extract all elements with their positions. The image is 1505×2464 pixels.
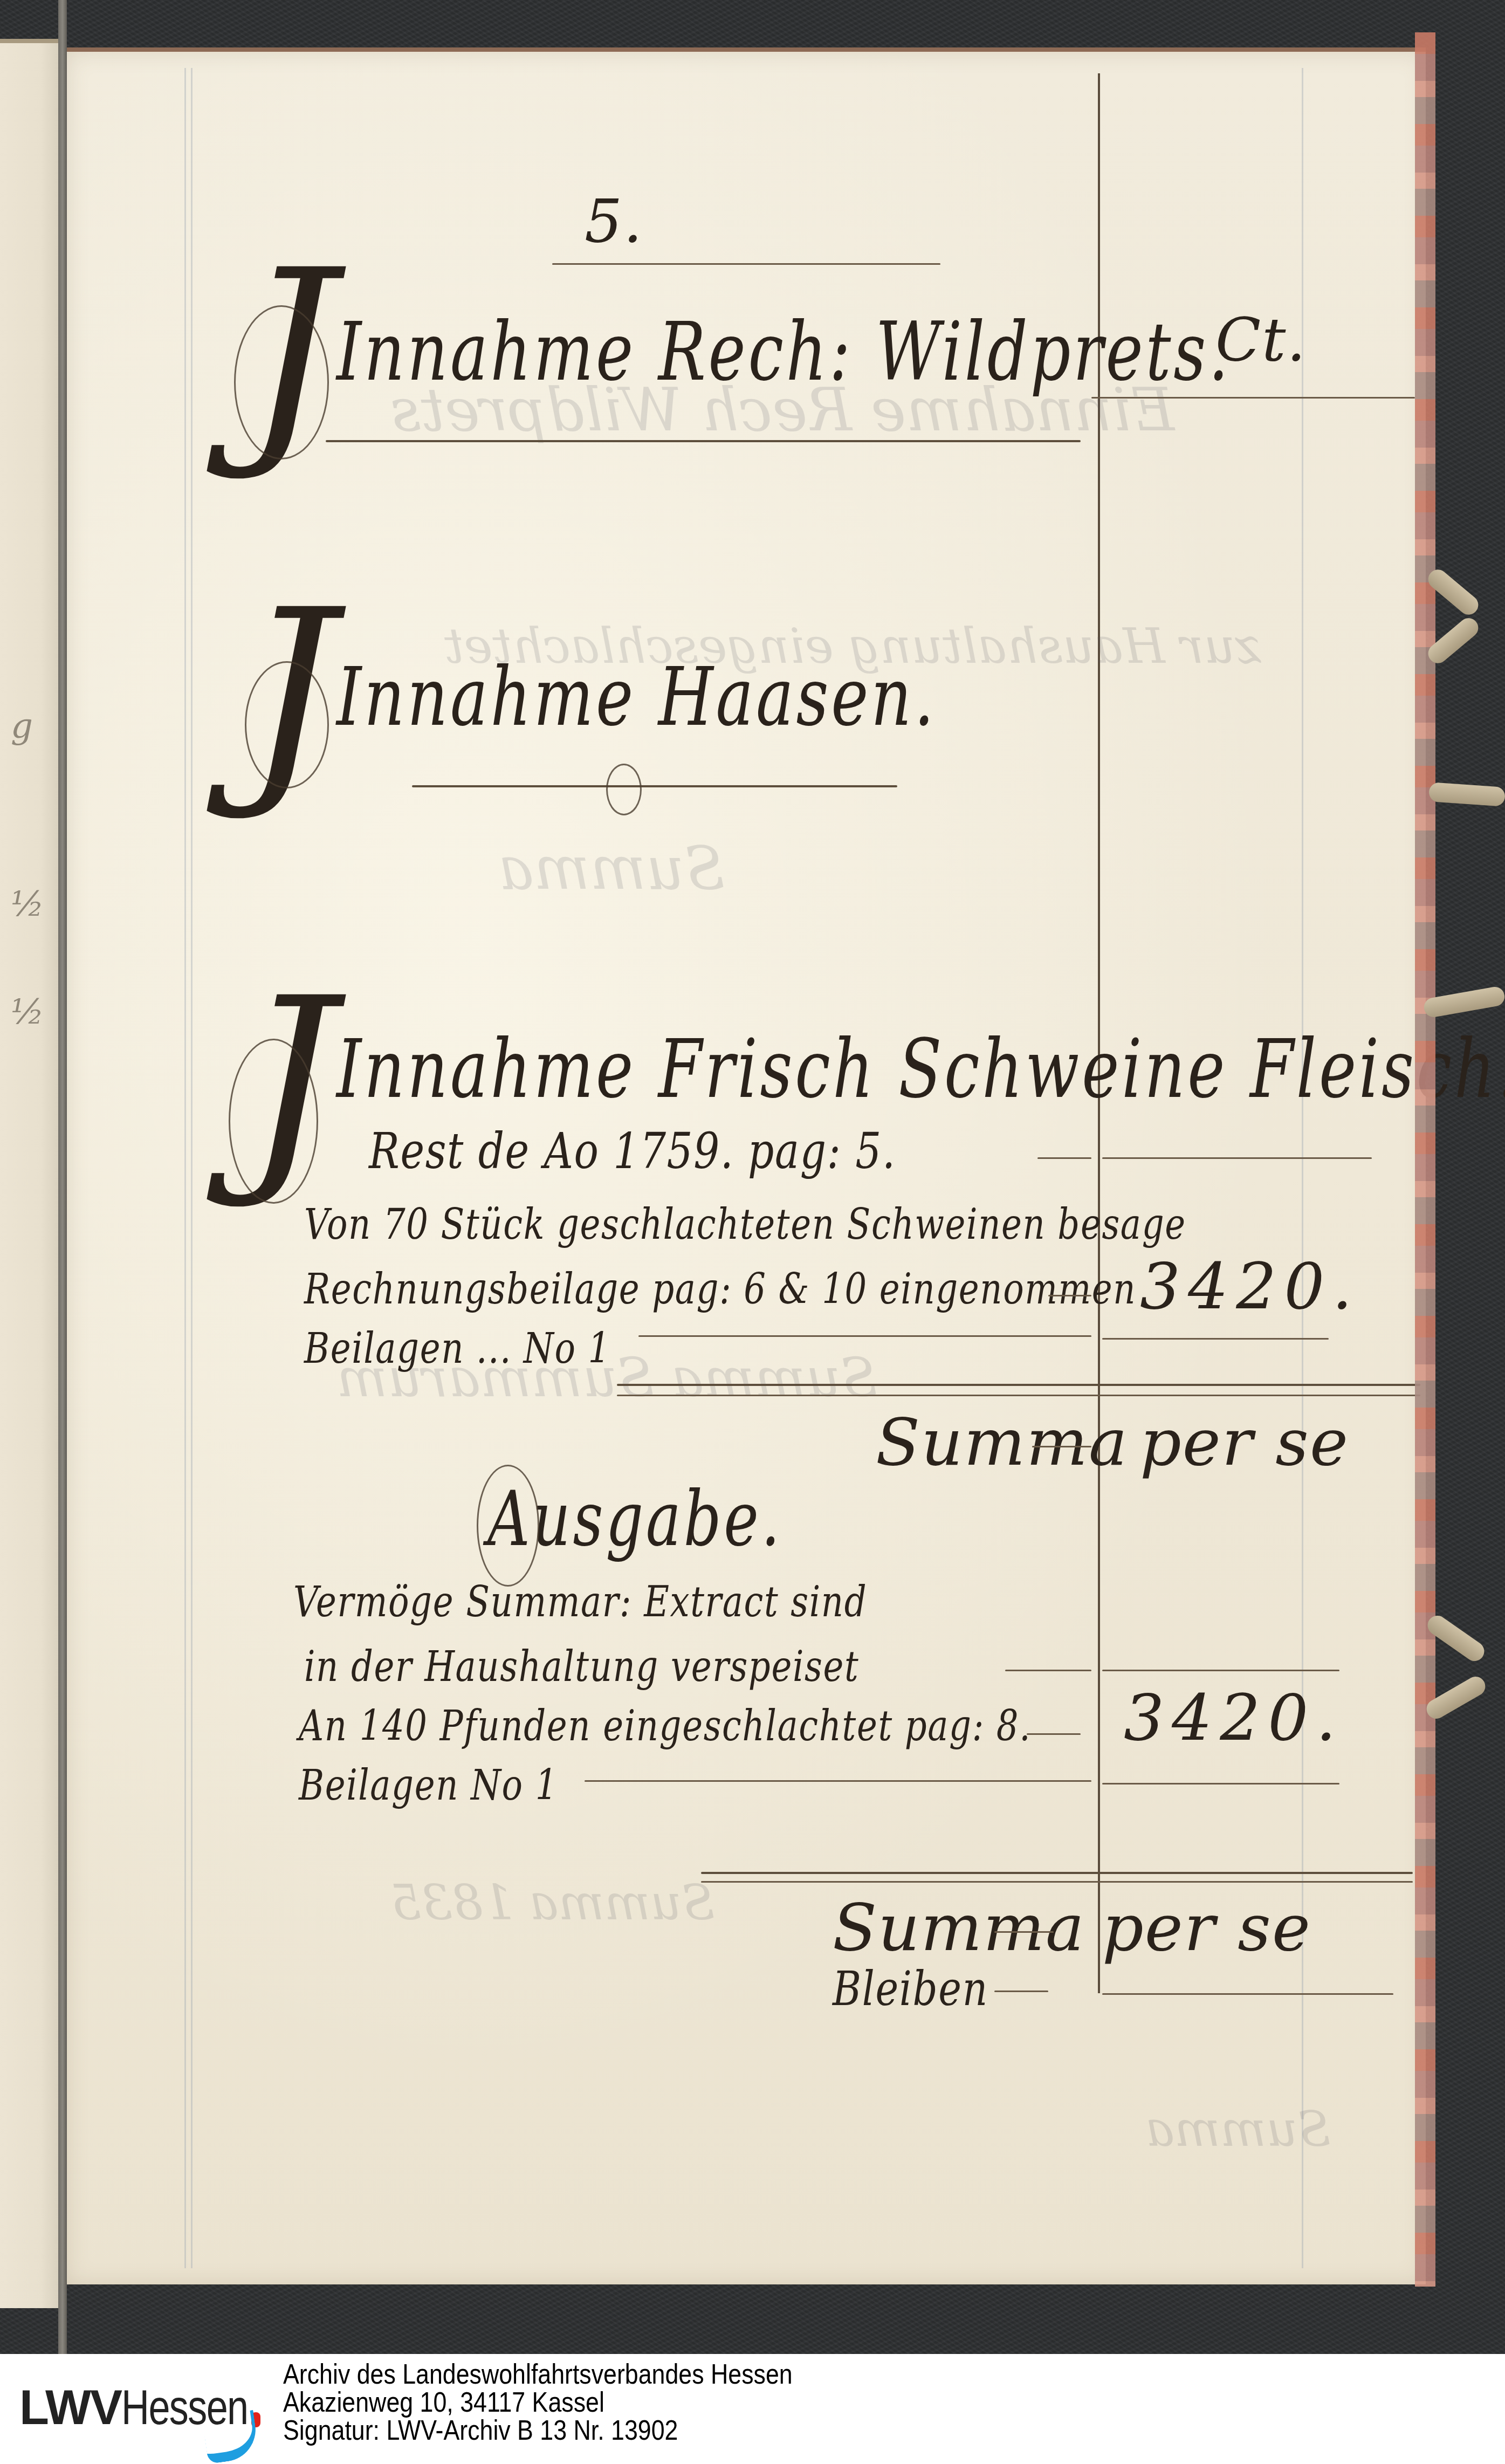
entry-line: Rest de Ao 1759. pag: 5. <box>369 1122 896 1180</box>
summa-label: Summa <box>876 1405 1129 1480</box>
logo-bold-text: LWV <box>19 2381 121 2435</box>
section-rule <box>412 785 897 787</box>
left-page-mark: ½ <box>11 884 44 924</box>
entry-line: Von 70 Stück geschlachteten Schweinen be… <box>304 1200 1186 1249</box>
entry-rule <box>585 1780 1091 1782</box>
amount-rule <box>1102 1670 1339 1671</box>
left-page-mark: ½ <box>11 992 44 1032</box>
flourish-icon <box>229 1039 318 1204</box>
page-number-underline <box>552 263 940 265</box>
page-number: 5. <box>585 187 643 256</box>
section-rule <box>326 440 1081 442</box>
amount-rule <box>1102 1783 1339 1784</box>
entry-line: Beilagen No 1 <box>299 1761 558 1810</box>
summa-double-rule <box>701 1872 1413 1874</box>
amount-rule <box>1102 1157 1372 1159</box>
section-heading: Innahme Haasen. <box>336 650 937 744</box>
entry-line: An 140 Pfunden eingeschlachtet pag: 8. <box>299 1702 1031 1751</box>
archive-footer: LWVHessen Archiv des Landeswohlfahrtsver… <box>0 2354 1505 2443</box>
entry-dash <box>1037 1157 1091 1159</box>
section-heading: Innahme Rech: Wildprets. <box>336 305 1231 399</box>
section-heading: Innahme Frisch Schweine Fleisch. <box>336 1022 1505 1116</box>
entry-line: Beilagen ... No 1 <box>304 1324 611 1373</box>
left-page-mark: g <box>11 706 33 746</box>
pencil-rule <box>191 68 193 2268</box>
manuscript-scan: g ½ ½ Einnahme Rech Wildprets zur Hausha… <box>0 0 1505 2354</box>
entry-line: Vermöge Summar: Extract sind <box>293 1578 867 1626</box>
closing-label: Bleiben <box>833 1961 988 2016</box>
left-facing-page: g ½ ½ <box>0 39 58 2308</box>
entry-line: Rechnungsbeilage pag: 6 & 10 eingenommen <box>304 1265 1136 1314</box>
entry-dash <box>1048 1295 1091 1296</box>
summa-label: Summa <box>833 1891 1085 1966</box>
entry-dash <box>994 1991 1048 1992</box>
entry-dash <box>1027 1733 1081 1735</box>
ledger-page: Einnahme Rech Wildprets zur Haushaltung … <box>67 47 1426 2284</box>
summa-double-rule <box>701 1881 1413 1883</box>
entry-amount: 3420. <box>1140 1249 1360 1323</box>
entry-dash <box>994 1931 1054 1933</box>
summa-double-rule <box>617 1384 1420 1386</box>
archive-name: Archiv des Landeswohlfahrtsverbandes Hes… <box>283 2360 793 2388</box>
archive-address: Akazienweg 10, 34117 Kassel <box>283 2388 604 2417</box>
bleed-through-text: Summa 1835 <box>390 1875 715 1931</box>
red-page-edge <box>1415 32 1435 2287</box>
summa-double-rule <box>617 1395 1420 1396</box>
archive-signature: Signatur: LWV-Archiv B 13 Nr. 13902 <box>283 2417 678 2443</box>
amount-rule <box>1102 1338 1329 1340</box>
entry-rule <box>638 1335 1091 1337</box>
flourish-icon <box>245 661 329 788</box>
pencil-rule <box>184 68 186 2268</box>
amount-rule <box>1102 1993 1393 1995</box>
entry-dash <box>1032 1446 1091 1447</box>
entry-amount: 3420. <box>1124 1680 1344 1755</box>
flourish-icon <box>234 305 329 459</box>
bleed-through-text: Summa <box>498 834 725 903</box>
entry-dash <box>1005 1670 1091 1671</box>
book-gutter <box>58 0 67 2354</box>
summa-value: per se <box>1140 1405 1349 1480</box>
flourish-icon <box>477 1465 539 1587</box>
bleed-through-text: Summa <box>1145 2101 1331 2158</box>
summa-value: per se <box>1102 1891 1311 1966</box>
flourish-icon <box>606 764 642 815</box>
entry-line: in der Haushaltung verspeiset <box>304 1643 859 1691</box>
